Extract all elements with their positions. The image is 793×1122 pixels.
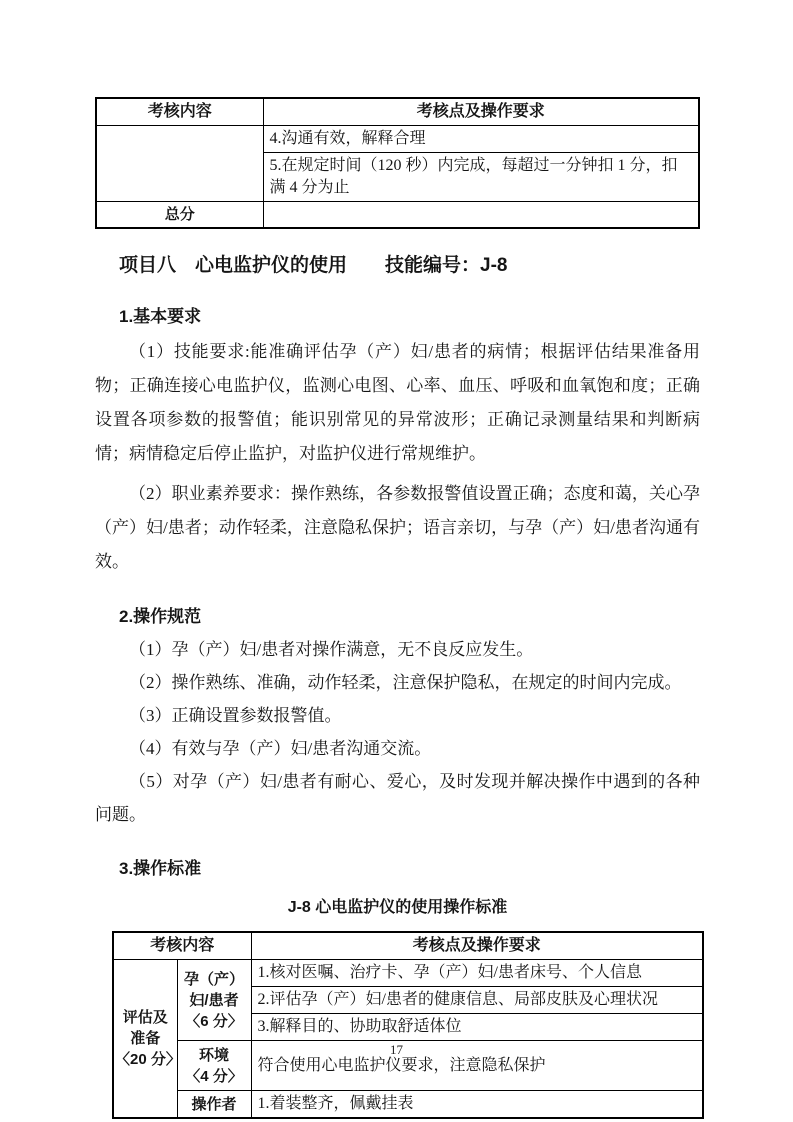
point-cell: 5.在规定时间（120 秒）内完成，每超过一分钟扣 1 分，扣满 4 分为止 [263, 153, 699, 202]
point-cell: 1.核对医嘱、治疗卡、孕（产）妇/患者床号、个人信息 [251, 960, 703, 987]
point-cell: 1.着装整齐，佩戴挂表 [251, 1091, 703, 1119]
operation-specs-list: （1）孕（产）妇/患者对操作满意，无不良反应发生。 （2）操作熟练、准确，动作轻… [95, 633, 700, 831]
heading-basic-requirements: 1.基本要求 [119, 305, 700, 329]
table-row: 评估及 准备 〈20 分〉 孕（产） 妇/患者 〈6 分〉 1.核对医嘱、治疗卡… [113, 960, 703, 987]
total-score-label: 总分 [96, 202, 263, 229]
table-row: 4.沟通有效，解释合理 [96, 126, 699, 153]
header-assessment-content: 考核内容 [96, 98, 263, 126]
page-number: 17 [0, 1042, 793, 1058]
subgroup-label-patient: 孕（产） 妇/患者 〈6 分〉 [177, 960, 251, 1041]
project-title: 项目八 心电监护仪的使用技能编号：J-8 [119, 253, 700, 279]
assessment-table-continued: 考核内容 考核点及操作要求 4.沟通有效，解释合理 5.在规定时间（120 秒）… [95, 97, 700, 229]
point-cell: 4.沟通有效，解释合理 [263, 126, 699, 153]
subgroup-label-operator: 操作者 [177, 1091, 251, 1119]
heading-operation-specs: 2.操作规范 [119, 605, 700, 629]
point-cell: 2.评估孕（产）妇/患者的健康信息、局部皮肤及心理状况 [251, 987, 703, 1014]
total-row: 总分 [96, 202, 699, 229]
operation-standard-table: 考核内容 考核点及操作要求 评估及 准备 〈20 分〉 孕（产） 妇/患者 〈6… [112, 931, 704, 1119]
header-assessment-points: 考核点及操作要求 [263, 98, 699, 126]
paragraph-professionalism-requirements: （2）职业素养要求：操作熟练，各参数报警值设置正确；态度和蔼，关心孕（产）妇/患… [95, 477, 700, 579]
header-assessment-points: 考核点及操作要求 [251, 932, 703, 960]
standard-table-caption: J-8 心电监护仪的使用操作标准 [95, 897, 700, 919]
spec-item: （3）正确设置参数报警值。 [95, 699, 700, 732]
spec-item: （2）操作熟练、准确，动作轻柔，注意保护隐私，在规定的时间内完成。 [95, 666, 700, 699]
spec-item: （1）孕（产）妇/患者对操作满意，无不良反应发生。 [95, 633, 700, 666]
table-row: 操作者 1.着装整齐，佩戴挂表 [113, 1091, 703, 1119]
empty-content-cell [96, 126, 263, 202]
spec-item: （5）对孕（产）妇/患者有耐心、爱心，及时发现并解决操作中遇到的各种问题。 [95, 765, 700, 831]
table-header-row: 考核内容 考核点及操作要求 [96, 98, 699, 126]
heading-operation-standard: 3.操作标准 [119, 857, 700, 881]
skill-code-text: 技能编号：J-8 [385, 255, 507, 276]
paragraph-skill-requirements: （1）技能要求:能准确评估孕（产）妇/患者的病情；根据评估结果准备用物；正确连接… [95, 335, 700, 471]
total-score-value-cell [263, 202, 699, 229]
header-assessment-content: 考核内容 [113, 932, 251, 960]
project-title-text: 项目八 心电监护仪的使用 [119, 255, 347, 276]
group-label-evaluation-prep: 评估及 准备 〈20 分〉 [113, 960, 177, 1119]
point-cell: 3.解释目的、协助取舒适体位 [251, 1014, 703, 1041]
spec-item: （4）有效与孕（产）妇/患者沟通交流。 [95, 732, 700, 765]
document-page: 考核内容 考核点及操作要求 4.沟通有效，解释合理 5.在规定时间（120 秒）… [0, 0, 793, 1122]
table-header-row: 考核内容 考核点及操作要求 [113, 932, 703, 960]
